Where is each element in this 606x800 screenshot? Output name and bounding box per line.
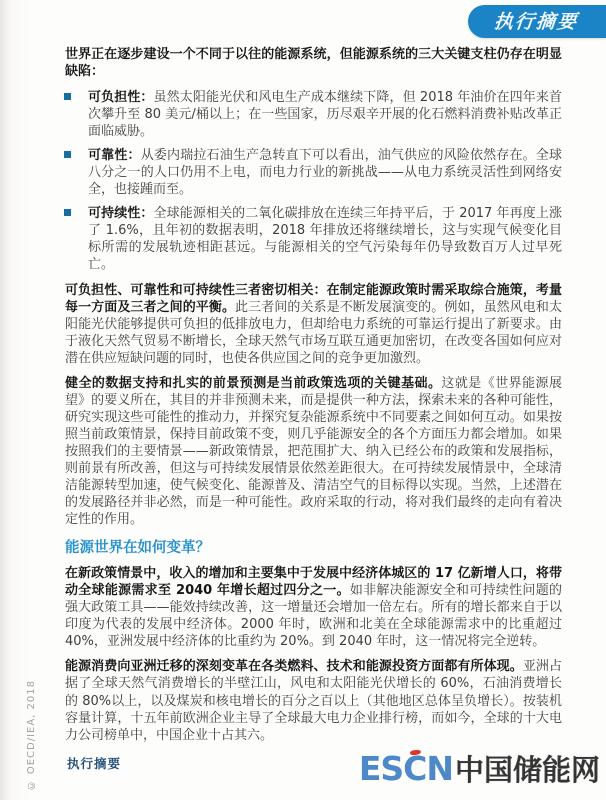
document-page: 执行摘要 世界正在逐步建设一个不同于以往的能源系统，但能源系统的三大关键支柱仍存… <box>0 0 606 800</box>
executive-summary-body: 世界正在逐步建设一个不同于以往的能源系统，但能源系统的三大关键支柱仍存在明显缺陷… <box>65 46 562 752</box>
bullet-lead: 可持续性： <box>88 206 154 221</box>
paragraph-lead: 能源消费向亚洲迁移的深刻变革在各类燃料、技术和能源投资方面都有所体现。 <box>65 659 523 674</box>
list-item: 可靠性：从委内瑞拉石油生产急转直下可以看出，油气供应的风险依然存在。全球八分之一… <box>65 147 562 198</box>
body-paragraph: 可负担性、可靠性和可持续性三者密切相关：在制定能源政策时需采取综合施策，考量每一… <box>65 282 562 367</box>
section-tab-label: 执行摘要 <box>478 7 595 36</box>
bullet-lead: 可靠性： <box>88 148 141 163</box>
paragraph-text: 这就是《世界能源展望》的要义所在，其目的并非预测未来，而是提供一种方法，探索未来… <box>65 376 562 527</box>
logo-red-accent-icon <box>409 749 421 756</box>
bullet-square-icon <box>64 93 71 100</box>
intro-paragraph: 世界正在逐步建设一个不同于以往的能源系统，但能源系统的三大关键支柱仍存在明显缺陷… <box>65 46 562 80</box>
escn-logo-latin: ESCN <box>359 752 453 785</box>
paragraph-lead: 健全的数据支持和扎实的前景预测是当前政策选项的关键基础。 <box>65 376 441 391</box>
body-paragraph: 在新政策情景中，收入的增加和主要集中于发展中经济体城区的 17 亿新增人口，将带… <box>65 565 562 650</box>
list-item: 可持续性：全球能源相关的二氧化碳排放在连续三年持平后，于 2017 年再度上涨了… <box>65 205 562 273</box>
body-paragraph: 健全的数据支持和扎实的前景预测是当前政策选项的关键基础。这就是《世界能源展望》的… <box>65 375 562 528</box>
list-item: 可负担性：虽然太阳能光伏和风电生产成本继续下降，但 2018 年油价在四年来首次… <box>65 89 562 140</box>
section-heading: 能源世界在如何变革？ <box>65 539 562 558</box>
bullet-text: 全球能源相关的二氧化碳排放在连续三年持平后，于 2017 年再度上涨了 1.6%… <box>88 206 562 272</box>
bullet-lead: 可负担性： <box>88 90 154 105</box>
section-tab: 执行摘要 <box>468 5 606 38</box>
copyright-vertical-text: © OECD/IEA, 2018 <box>26 680 37 790</box>
bullet-text: 虽然太阳能光伏和风电生产成本继续下降，但 2018 年油价在四年来首次攀升至 8… <box>88 90 562 139</box>
bullet-text: 从委内瑞拉石油生产急转直下可以看出，油气供应的风险依然存在。全球八分之一的人口仍… <box>88 148 562 197</box>
bullet-square-icon <box>64 209 71 216</box>
footer-section-label: 执行摘要 <box>67 754 121 772</box>
escn-logo: ESCN 中国储能网 <box>359 752 600 785</box>
bullet-square-icon <box>64 151 71 158</box>
key-pillars-list: 可负担性：虽然太阳能光伏和风电生产成本继续下降，但 2018 年油价在四年来首次… <box>65 89 562 273</box>
escn-logo-chinese: 中国储能网 <box>455 756 600 785</box>
body-paragraph: 能源消费向亚洲迁移的深刻变革在各类燃料、技术和能源投资方面都有所体现。亚洲占据了… <box>65 658 562 743</box>
